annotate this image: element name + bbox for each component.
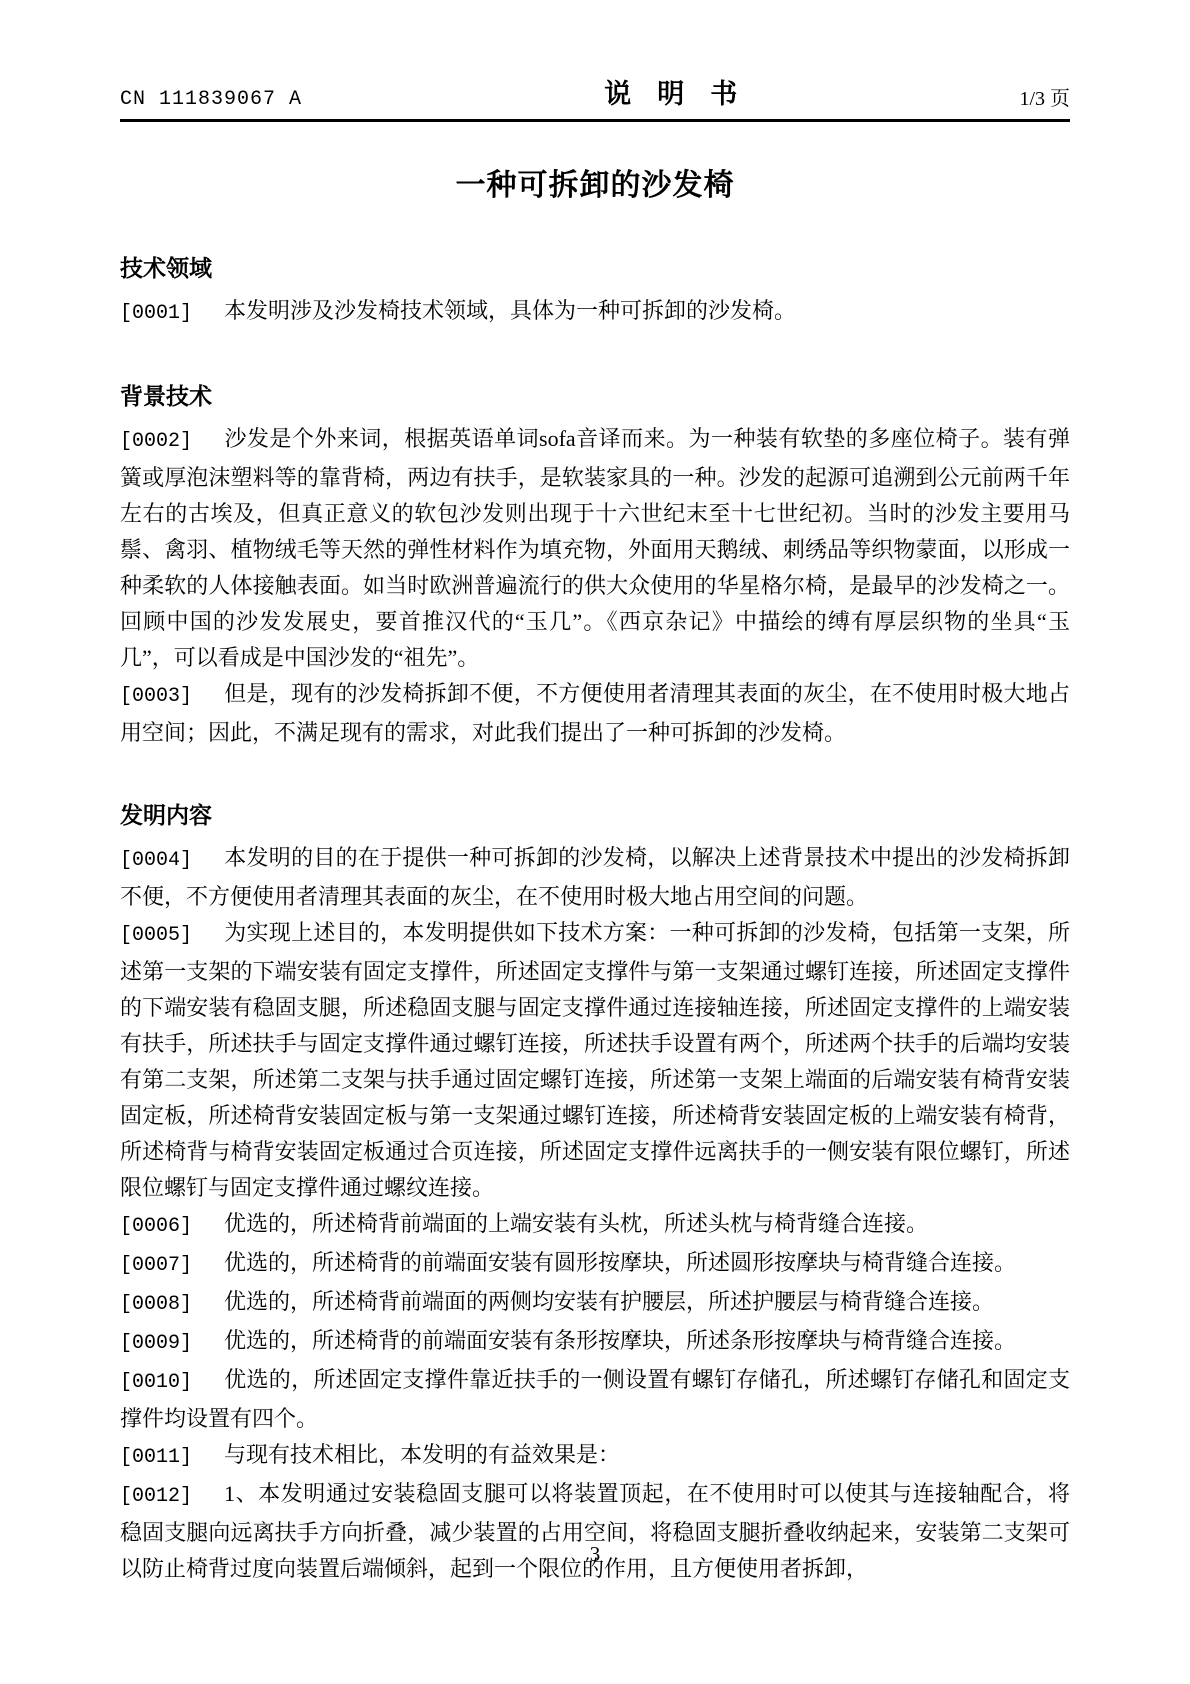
paragraph-number: [0006] [120, 1215, 192, 1238]
section-background-art: 背景技术 [0002]沙发是个外来词，根据英语单词sofa音译而来。为一种装有软… [120, 378, 1070, 751]
paragraph-number: [0008] [120, 1293, 192, 1316]
paragraph: [0011]与现有技术相比，本发明的有益效果是： [120, 1437, 1070, 1476]
section-heading: 发明内容 [120, 797, 1070, 830]
paragraph-number: [0009] [120, 1332, 192, 1355]
paragraph-number: [0012] [120, 1485, 192, 1508]
paragraph-text: 与现有技术相比，本发明的有益效果是： [224, 1442, 620, 1467]
paragraph-number: [0005] [120, 924, 192, 947]
section-heading: 技术领域 [120, 250, 1070, 283]
paragraph-text: 本发明的目的在于提供一种可拆卸的沙发椅，以解决上述背景技术中提出的沙发椅拆卸不便… [120, 845, 1070, 909]
invention-title: 一种可拆卸的沙发椅 [120, 160, 1070, 204]
paragraph: [0003]但是，现有的沙发椅拆卸不便，不方便使用者清理其表面的灰尘，在不使用时… [120, 676, 1070, 751]
paragraph: [0007]优选的，所述椅背的前端面安装有圆形按摩块，所述圆形按摩块与椅背缝合连… [120, 1245, 1070, 1284]
paragraph-text: 为实现上述目的，本发明提供如下技术方案：一种可拆卸的沙发椅，包括第一支架，所述第… [120, 920, 1070, 1200]
paragraph: [0005]为实现上述目的，本发明提供如下技术方案：一种可拆卸的沙发椅，包括第一… [120, 915, 1070, 1206]
page-indicator: 1/3 页 [1019, 82, 1070, 111]
paragraph-number: [0010] [120, 1371, 192, 1394]
paragraph-number: [0003] [120, 685, 192, 708]
paragraph-text: 优选的，所述椅背前端面的上端安装有头枕，所述头枕与椅背缝合连接。 [224, 1211, 928, 1236]
paragraph-number: [0004] [120, 849, 192, 872]
paragraph-number: [0011] [120, 1446, 192, 1469]
paragraph: [0004]本发明的目的在于提供一种可拆卸的沙发椅，以解决上述背景技术中提出的沙… [120, 840, 1070, 915]
paragraph-number: [0002] [120, 430, 192, 453]
section-summary-of-invention: 发明内容 [0004]本发明的目的在于提供一种可拆卸的沙发椅，以解决上述背景技术… [120, 797, 1070, 1587]
paragraph-text: 优选的，所述固定支撑件靠近扶手的一侧设置有螺钉存储孔，所述螺钉存储孔和固定支撑件… [120, 1367, 1070, 1431]
paragraph: [0010]优选的，所述固定支撑件靠近扶手的一侧设置有螺钉存储孔，所述螺钉存储孔… [120, 1362, 1070, 1437]
paragraph-number: [0007] [120, 1254, 192, 1277]
patent-page: CN 111839067 A 说明书 1/3 页 一种可拆卸的沙发椅 技术领域 … [0, 0, 1190, 1684]
page-number: 3 [590, 1542, 601, 1566]
document-type-title: 说明书 [604, 72, 763, 111]
paragraph-text: 本发明涉及沙发椅技术领域，具体为一种可拆卸的沙发椅。 [224, 298, 796, 323]
paragraph-text: 沙发是个外来词，根据英语单词sofa音译而来。为一种装有软垫的多座位椅子。装有弹… [120, 426, 1070, 670]
paragraph-text: 优选的，所述椅背的前端面安装有圆形按摩块，所述圆形按摩块与椅背缝合连接。 [224, 1250, 1016, 1275]
paragraph-text: 优选的，所述椅背前端面的两侧均安装有护腰层，所述护腰层与椅背缝合连接。 [224, 1289, 994, 1314]
page-header: CN 111839067 A 说明书 1/3 页 [120, 0, 1070, 122]
paragraph: [0009]优选的，所述椅背的前端面安装有条形按摩块，所述条形按摩块与椅背缝合连… [120, 1323, 1070, 1362]
page-footer: 3 [0, 1542, 1190, 1567]
paragraph: [0006]优选的，所述椅背前端面的上端安装有头枕，所述头枕与椅背缝合连接。 [120, 1206, 1070, 1245]
paragraph-number: [0001] [120, 302, 192, 325]
section-technical-field: 技术领域 [0001]本发明涉及沙发椅技术领域，具体为一种可拆卸的沙发椅。 [120, 250, 1070, 332]
section-heading: 背景技术 [120, 378, 1070, 411]
paragraph: [0008]优选的，所述椅背前端面的两侧均安装有护腰层，所述护腰层与椅背缝合连接… [120, 1284, 1070, 1323]
paragraph-text: 但是，现有的沙发椅拆卸不便，不方便使用者清理其表面的灰尘，在不使用时极大地占用空… [120, 681, 1070, 745]
paragraph-text: 优选的，所述椅背的前端面安装有条形按摩块，所述条形按摩块与椅背缝合连接。 [224, 1328, 1016, 1353]
publication-number: CN 111839067 A [120, 88, 302, 111]
paragraph: [0002]沙发是个外来词，根据英语单词sofa音译而来。为一种装有软垫的多座位… [120, 421, 1070, 676]
paragraph: [0001]本发明涉及沙发椅技术领域，具体为一种可拆卸的沙发椅。 [120, 293, 1070, 332]
paragraph: [0012]1、本发明通过安装稳固支腿可以将装置顶起，在不使用时可以使其与连接轴… [120, 1476, 1070, 1587]
